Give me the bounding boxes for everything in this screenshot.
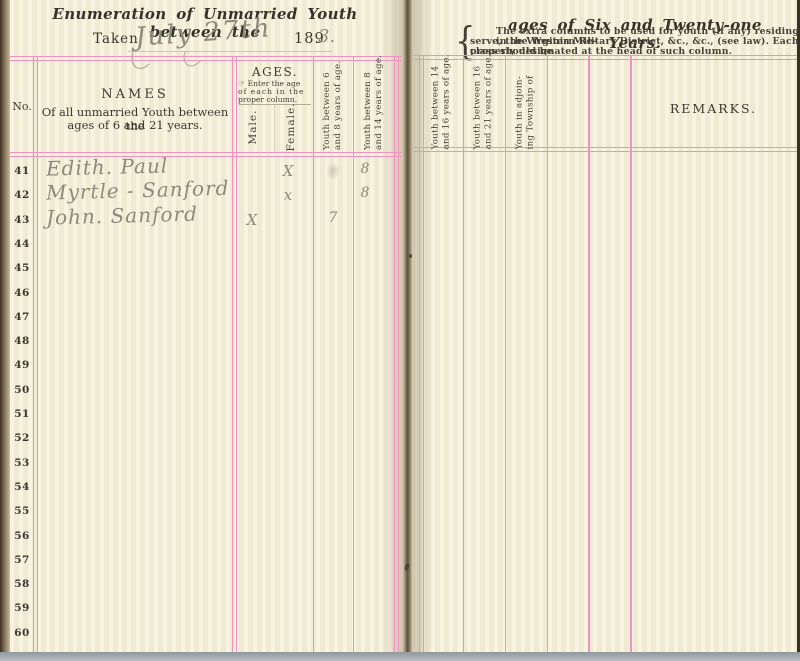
entry-age-6-8: 7 (321, 210, 345, 226)
row-number: 43 (10, 214, 34, 226)
row-number: 57 (10, 554, 34, 566)
row-number: 56 (10, 530, 34, 542)
row-number: 59 (10, 602, 34, 614)
row-number: 51 (10, 408, 34, 420)
entry-male-mark: X (240, 211, 264, 229)
row-number: 47 (10, 311, 34, 323)
table-rows-layer: 41Edith. PaulX842Myrtle - Sanfordx843Joh… (0, 0, 800, 661)
row-number: 50 (10, 384, 34, 396)
row-number: 42 (10, 189, 34, 201)
entry-female-mark: X (276, 162, 300, 180)
row-number: 52 (10, 432, 34, 444)
entry-age-8-14: 8 (353, 161, 377, 177)
row-number: 54 (10, 481, 34, 493)
row-number: 55 (10, 505, 34, 517)
row-number: 41 (10, 165, 34, 177)
row-number: 49 (10, 359, 34, 371)
row-number: 53 (10, 457, 34, 469)
row-number: 44 (10, 238, 34, 250)
row-number: 46 (10, 287, 34, 299)
row-number: 48 (10, 335, 34, 347)
row-number: 58 (10, 578, 34, 590)
entry-age-8-14: 8 (353, 185, 377, 201)
entry-female-mark: x (276, 186, 300, 204)
entry-name: John. Sanford (46, 200, 247, 229)
scanned-ledger-spread: Enumeration of Unmarried Youth between t… (0, 0, 800, 661)
row-number: 60 (10, 627, 34, 639)
row-number: 45 (10, 262, 34, 274)
